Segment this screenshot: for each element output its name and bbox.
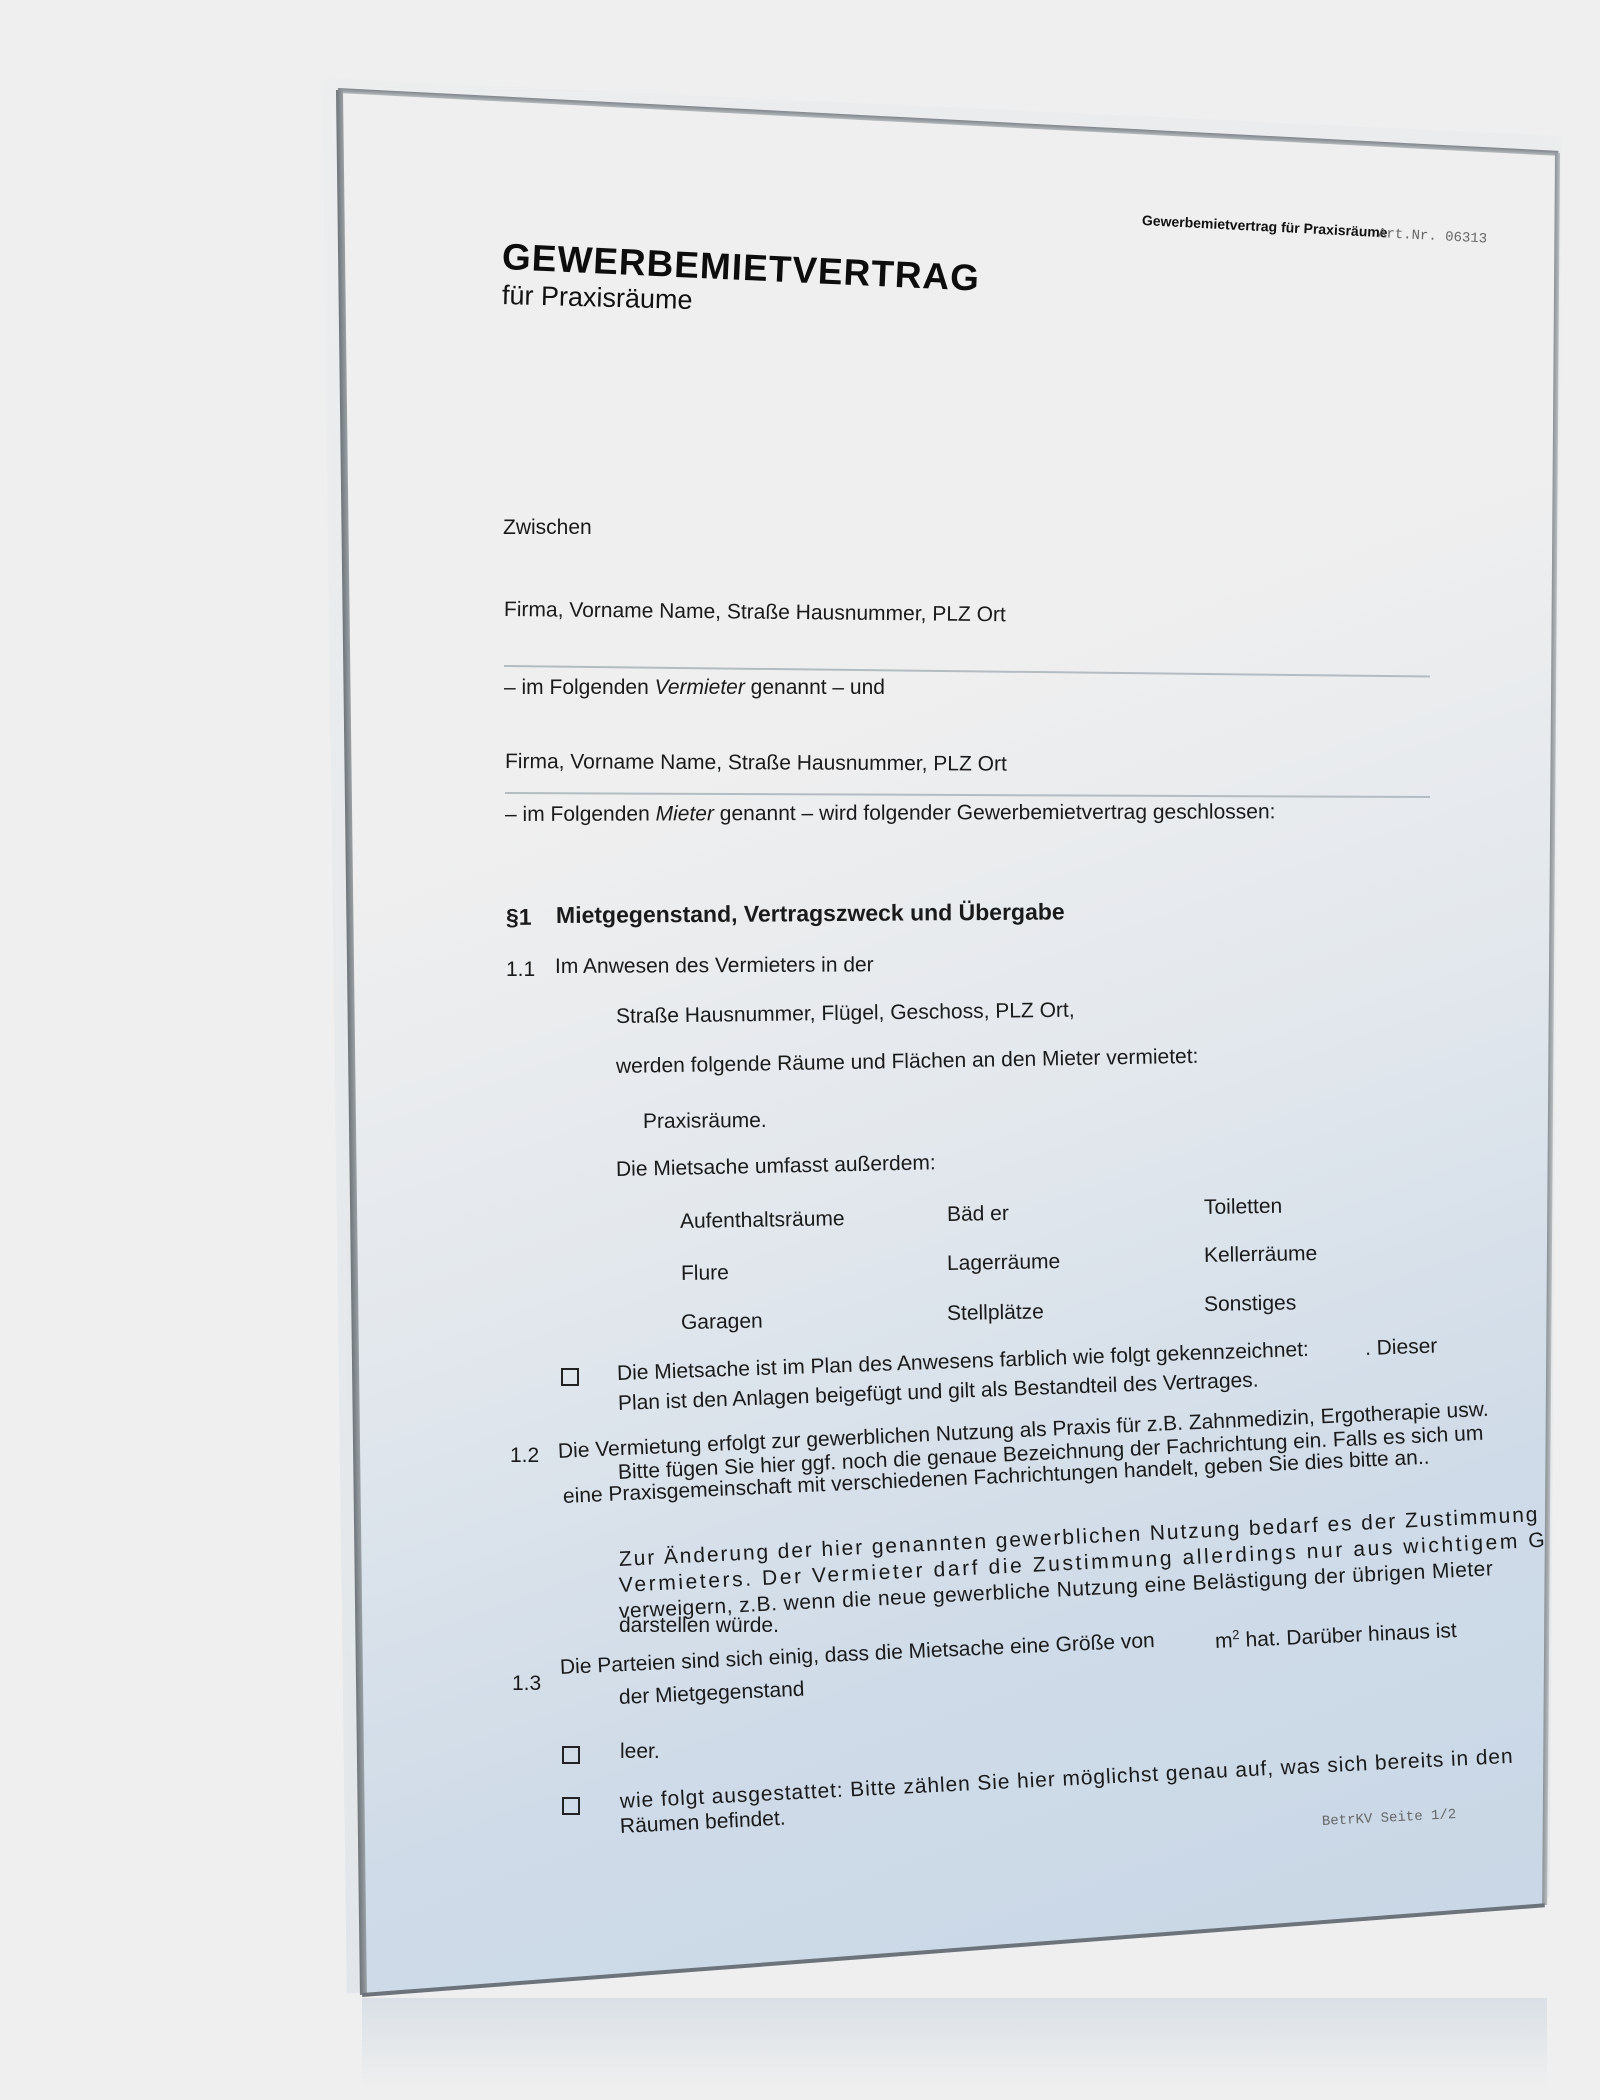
extra-item: Sonstiges [1204, 1291, 1297, 1317]
page-footer: BetrKV Seite 1/2 [1322, 1807, 1457, 1830]
tenant-role-post: genannt – wird folgender Gewerbemietvert… [714, 800, 1276, 825]
extra-item: Stellplätze [947, 1300, 1044, 1326]
extra-item: Garagen [681, 1310, 763, 1335]
area-unit-m: m [1215, 1629, 1234, 1653]
tenant-role: – im Folgenden Mieter genannt – wird fol… [505, 800, 1276, 827]
extra-item: Kellerräume [1204, 1242, 1318, 1268]
tenant-role-pre: – im Folgenden [505, 802, 656, 826]
area-unit: m2 hat. Darüber hinaus ist [1214, 1617, 1457, 1654]
document-subtitle: für Praxisräume [502, 280, 693, 316]
article-number: Art.Nr. 06313 [1378, 226, 1488, 248]
also-includes-label: Die Mietsache umfasst außerdem: [616, 1151, 936, 1182]
clause-1-3-line1-end: hat. Darüber hinaus ist [1239, 1619, 1457, 1652]
page-reflection [362, 1998, 1547, 2088]
rooms-field[interactable]: Praxisräume. [643, 1109, 767, 1134]
landlord-field[interactable]: Firma, Vorname Name, Straße Hausnummer, … [504, 598, 1006, 627]
landlord-role: – im Folgenden Vermieter genannt – und [504, 676, 885, 700]
clause-1-1-line2: werden folgende Räume und Flächen an den… [616, 1045, 1199, 1079]
tenant-role-term: Mieter [656, 802, 714, 825]
clause-1-3-line2: der Mietgegenstand [618, 1678, 805, 1710]
option-equipped-label: wie folgt ausgestattet: Bitte zählen Sie… [619, 1745, 1514, 1814]
clause-number-1-2: 1.2 [510, 1444, 539, 1468]
extra-item: Lagerräume [947, 1250, 1061, 1276]
landlord-role-post: genannt – und [745, 676, 885, 699]
extra-item: Bäd er [947, 1202, 1009, 1227]
clause-number-1-3: 1.3 [512, 1672, 541, 1696]
option-empty-label: leer. [620, 1740, 660, 1764]
landlord-role-pre: – im Folgenden [504, 676, 655, 699]
extra-item: Toiletten [1204, 1195, 1283, 1220]
plan-checkbox-line1-end: . Dieser [1365, 1334, 1438, 1361]
section-number: §1 [506, 904, 532, 931]
parties-intro: Zwischen [503, 516, 592, 540]
extra-item: Aufenthaltsräume [680, 1207, 845, 1234]
clause-1-2-para2-line4: darstellen würde. [619, 1614, 779, 1638]
tenant-field[interactable]: Firma, Vorname Name, Straße Hausnummer, … [505, 750, 1007, 777]
landlord-role-term: Vermieter [655, 676, 745, 699]
option-equipped-checkbox[interactable] [562, 1797, 580, 1815]
document-page: Gewerbemietvertrag für Praxisräume Art.N… [0, 0, 1600, 2100]
clause-1-1-line1: Im Anwesen des Vermieters in der [555, 953, 874, 979]
running-title: Gewerbemietvertrag für Praxisräume [1142, 212, 1388, 240]
extra-item: Flure [681, 1261, 729, 1286]
plan-checkbox[interactable] [561, 1368, 579, 1386]
clause-number-1-1: 1.1 [506, 958, 535, 982]
section-heading: Mietgegenstand, Vertragszweck und Überga… [556, 898, 1065, 929]
option-empty-checkbox[interactable] [562, 1746, 580, 1764]
property-address-field[interactable]: Straße Hausnummer, Flügel, Geschoss, PLZ… [616, 999, 1075, 1029]
tenant-field-rule [505, 792, 1430, 798]
